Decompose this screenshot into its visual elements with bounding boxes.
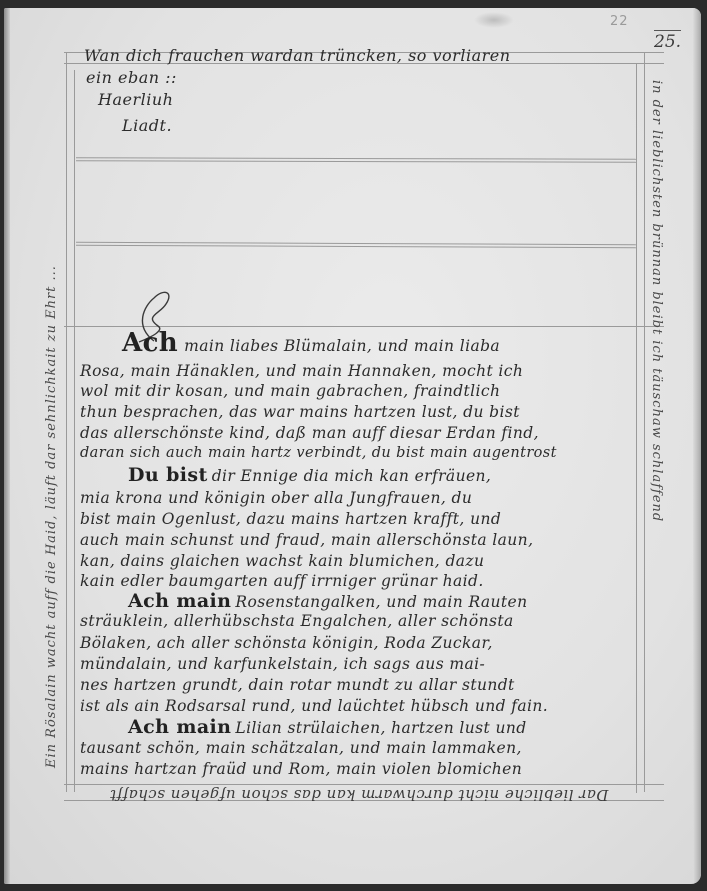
text-line: dir Ennige dia mich kan erfräuen, [212,467,492,485]
paragraph-1-line-4: thun besprachen, das war mains hartzen l… [80,403,520,421]
bottom-rule-1 [64,784,664,785]
paragraph-2-initial: Du bist [128,464,208,486]
paragraph-2-line-5: kan, dains glaichen wachst kain blumiche… [80,552,484,570]
paragraph-2-line-2: mia krona und königin ober alla Jungfrau… [80,489,472,507]
page-edge [693,8,701,884]
pencil-folio-number: 22 [610,14,629,29]
paragraph-4-line-3: mains hartzan fraüd und Rom, main violen… [80,760,522,778]
paragraph-4-line-1: Ach mainLilian strülaichen, hartzen lust… [128,716,527,738]
paragraph-3-line-6: ist als ain Rodsarsal rund, und laüchtet… [80,697,548,715]
mid-rule-1b [76,160,636,162]
text-line: Lilian strülaichen, hartzen lust und [235,719,526,737]
right-margin-vertical-note: in der lieblichsten brünnan bleibt ich t… [649,80,664,522]
heading-line-2: ein eban :: [86,68,177,87]
paragraph-3-line-1: Ach mainRosenstangalken, und main Rauten [128,590,528,612]
paragraph-3-line-4: mündalain, und karfunkelstain, ich sags … [80,655,485,673]
left-frame-rule-inner [74,70,75,792]
paragraph-3-line-2: sträuklein, allerhübschsta Engalchen, al… [80,612,514,630]
paragraph-1-line-6: daran sich auch main hartz verbindt, du … [80,445,557,461]
paragraph-2-line-6: kain edler baumgarten auff irrniger grün… [80,572,484,590]
left-margin-vertical-note: Ein Rösalain wacht auff die Haid, läuft … [44,265,59,768]
mid-rule-1 [76,157,636,159]
ink-stain [474,12,514,28]
paragraph-3-initial: Ach main [128,590,231,612]
right-frame-rule-inner [636,63,637,793]
paragraph-2-line-3: bist main Ogenlust, dazu mains hartzen k… [80,510,501,528]
paragraph-4-initial: Ach main [128,716,231,738]
scanned-manuscript-page: 22 25. Wan dich frauchen wardan trüncken… [0,0,707,891]
binding-gutter [4,8,10,884]
manuscript-leaf: 22 25. Wan dich frauchen wardan trüncken… [4,8,701,884]
heading-line-4: Liadt. [122,116,172,135]
paragraph-2-line-4: auch main schunst und fraud, main allers… [80,531,533,549]
paragraph-1-initial: Ach [122,328,178,358]
ink-folio-number: 25. [654,30,681,52]
paragraph-2-line-1: Du bistdir Ennige dia mich kan erfräuen, [128,464,491,486]
heading-line-3: Haerliuh [98,90,173,109]
paragraph-4-line-2: tausant schön, main schätzalan, und main… [80,739,522,757]
paragraph-3-line-3: Bölaken, ach aller schönsta königin, Rod… [80,634,493,652]
heading-line-1: Wan dich frauchen wardan trüncken, so vo… [84,46,511,65]
right-frame-rule-outer [644,52,645,792]
text-line: Rosenstangalken, und main Rauten [235,593,527,611]
mid-rule-2b [76,245,636,248]
text-line: main liabes Blümalain, und main liaba [184,337,500,355]
left-frame-rule-outer [66,52,67,792]
paragraph-1-line-3: wol mit dir kosan, und main gabrachen, f… [80,382,500,400]
paragraph-1-line-5: das allerschönste kind, daß man auff die… [80,424,539,442]
paragraph-1-line-2: Rosa, main Hänaklen, und main Hannaken, … [80,362,523,380]
paragraph-3-line-5: nes hartzen grundt, dain rotar mundt zu … [80,676,515,694]
paragraph-1-line-1: Achmain liabes Blümalain, und main liaba [122,328,500,358]
bottom-upside-down-line: Dar liebliche nicht durchwarm kan das sc… [94,786,624,804]
